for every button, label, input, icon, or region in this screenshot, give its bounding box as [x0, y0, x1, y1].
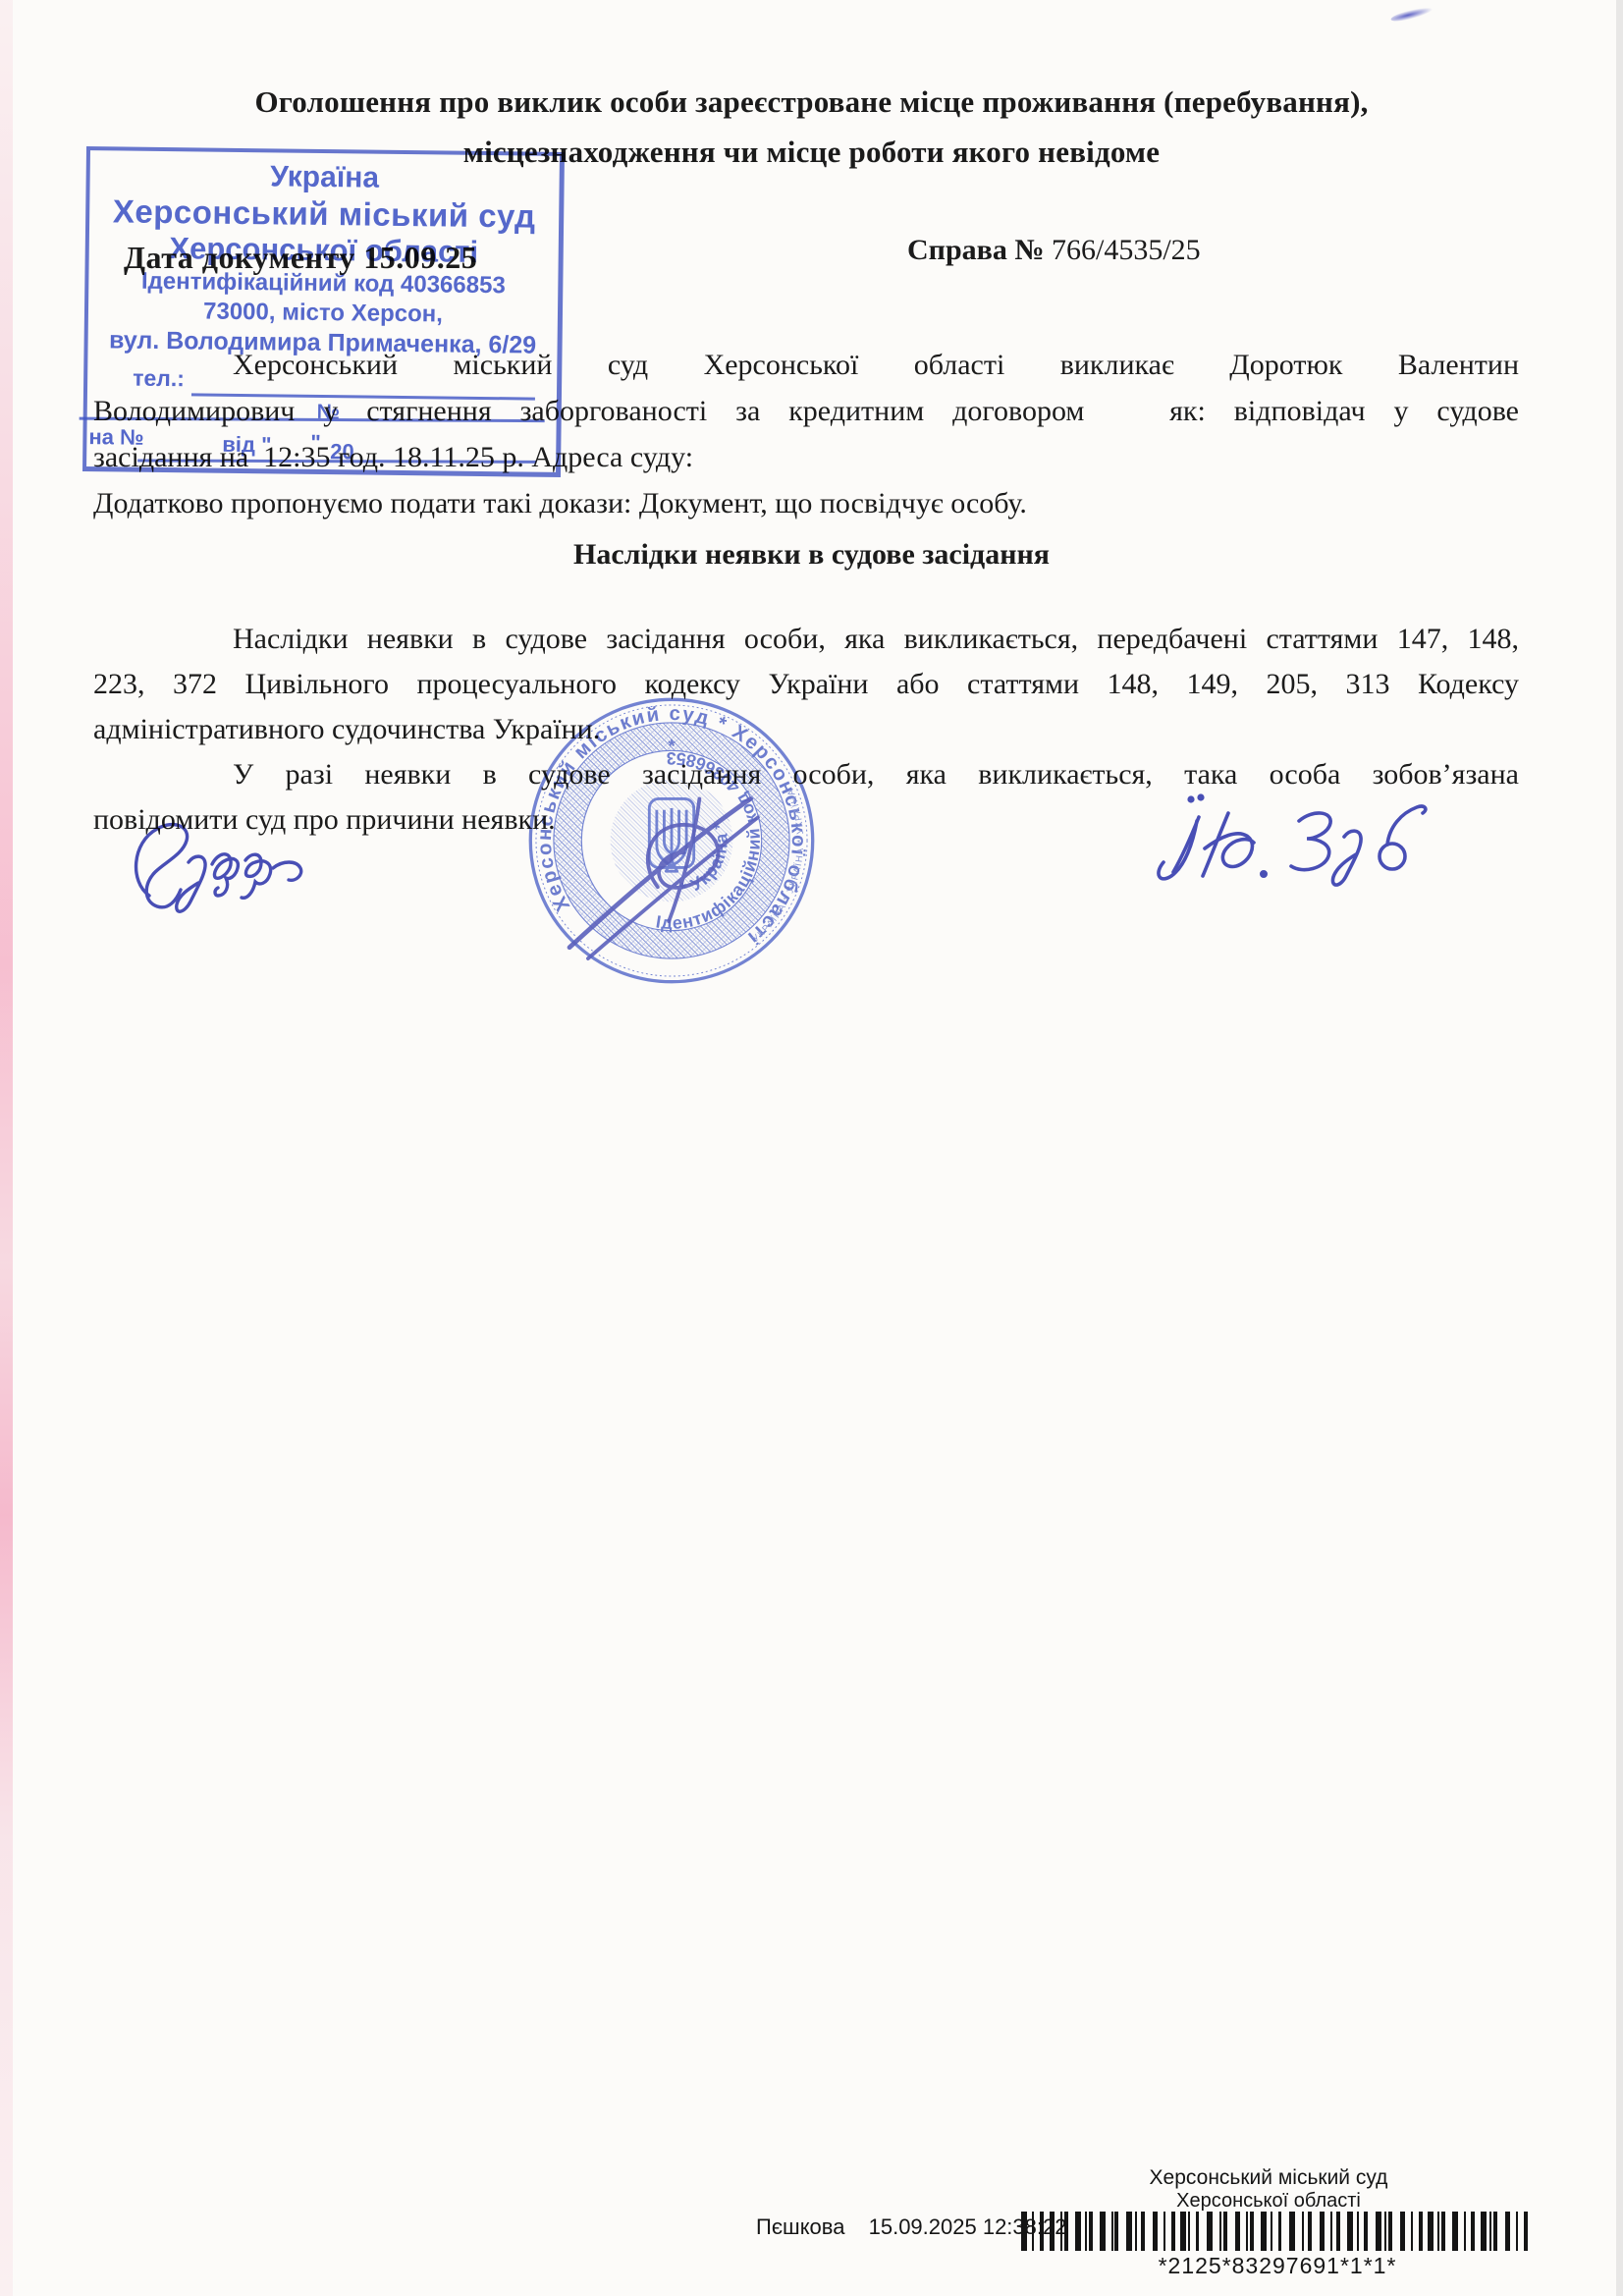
barcode-bar	[1261, 2212, 1267, 2251]
barcode-bar	[1302, 2212, 1304, 2251]
seal-top-star: *	[668, 737, 676, 757]
barcode-readable-text: *2125*83297691*1*1*	[1021, 2253, 1534, 2279]
text-line: засідання на 12:35 год. 18.11.25 р. Адре…	[93, 434, 1519, 480]
barcode-bar	[1388, 2212, 1392, 2251]
text-line: Херсонський міський суд Херсонської обла…	[93, 342, 1519, 388]
scan-edge-artifact-right	[1616, 0, 1623, 2296]
barcode-bar	[1289, 2212, 1295, 2251]
text-line: Наслідки неявки в судове засідання особи…	[93, 617, 1519, 662]
barcode-bar	[1100, 2212, 1106, 2251]
barcode-bar	[1516, 2212, 1518, 2251]
barcode-bar	[1250, 2212, 1254, 2251]
barcode-bar	[1437, 2212, 1439, 2251]
judge-title-signature-script	[116, 813, 327, 931]
barcode-bar	[1505, 2212, 1511, 2251]
barcode-bar	[1114, 2212, 1118, 2251]
barcode-bar	[1464, 2212, 1466, 2251]
case-number: 766/4535/25	[1052, 234, 1201, 266]
barcode-bar	[1493, 2212, 1497, 2251]
barcode-bar	[1452, 2212, 1458, 2251]
barcode-bar	[1085, 2212, 1087, 2251]
judge-name-signature-script	[1134, 784, 1463, 900]
barcode-bar	[1524, 2212, 1528, 2251]
barcode-bar	[1411, 2212, 1413, 2251]
footer-operator-line: Пєшкова 15.09.2025 12:38:22	[756, 2214, 1066, 2240]
barcode-bar	[1441, 2212, 1445, 2251]
barcode-bar	[1278, 2212, 1282, 2251]
barcode-bar	[1163, 2212, 1165, 2251]
barcode-bar	[1223, 2212, 1227, 2251]
barcode-bar	[1075, 2212, 1081, 2251]
barcode-bar	[1060, 2212, 1062, 2251]
barcode	[1021, 2212, 1534, 2251]
text-line: Володимирович у стягнення заборгованості…	[93, 388, 1519, 434]
barcode-bar	[1489, 2212, 1491, 2251]
barcode-bar	[1196, 2212, 1200, 2251]
stamp-city-line: 73000, місто Херсон,	[88, 297, 558, 330]
barcode-bar	[1419, 2212, 1423, 2251]
barcode-bar	[1376, 2212, 1381, 2251]
barcode-bar	[1364, 2212, 1368, 2251]
footer-court-region: Херсонської області	[994, 2190, 1543, 2213]
barcode-bar	[1171, 2212, 1175, 2251]
barcode-bar	[1089, 2212, 1093, 2251]
barcode-bar	[1235, 2212, 1241, 2251]
barcode-bar	[1347, 2212, 1353, 2251]
scan-edge-artifact-left	[0, 0, 13, 2296]
section-heading: Наслідки неявки в судове засідання	[0, 538, 1623, 572]
summons-paragraph: Херсонський міський суд Херсонської обла…	[93, 342, 1519, 526]
case-label: Справа №	[907, 234, 1044, 266]
footer-court-name: Херсонський міський суд	[994, 2166, 1543, 2190]
ink-smudge-top-right	[1390, 5, 1434, 24]
barcode-bar	[1188, 2212, 1190, 2251]
barcode-bar	[1111, 2212, 1113, 2251]
case-number-line: Справа № 766/4535/25	[907, 234, 1201, 267]
barcode-bar	[1471, 2212, 1475, 2251]
barcode-bar	[1246, 2212, 1248, 2251]
barcode-bar	[1308, 2212, 1312, 2251]
barcode-bar	[1384, 2212, 1386, 2251]
barcode-bar	[1428, 2212, 1434, 2251]
footer-operator: Пєшкова	[756, 2214, 844, 2239]
barcode-bar	[1320, 2212, 1325, 2251]
scanned-court-document: Оголошення про виклик особи зареєстрован…	[0, 0, 1623, 2296]
barcode-bar	[1481, 2212, 1487, 2251]
barcode-bar	[1050, 2212, 1055, 2251]
barcode-bar	[1032, 2212, 1034, 2251]
stamp-country: Україна	[89, 158, 559, 197]
barcode-bar	[1021, 2212, 1027, 2251]
barcode-bar	[1040, 2212, 1044, 2251]
barcode-bar	[1207, 2212, 1213, 2251]
court-seal: Херсонський міський суд * Херсонської об…	[518, 687, 825, 994]
barcode-bar	[1336, 2212, 1340, 2251]
stamp-court-name: Херсонський міський суд	[89, 192, 559, 236]
barcode-bar	[1126, 2212, 1132, 2251]
barcode-bar	[1141, 2212, 1145, 2251]
barcode-bar	[1153, 2212, 1159, 2251]
barcode-bar	[1135, 2212, 1137, 2251]
barcode-bar	[1219, 2212, 1221, 2251]
barcode-bar	[1330, 2212, 1332, 2251]
document-date-line: Дата документу 15.09.25	[124, 240, 477, 276]
barcode-bar	[1064, 2212, 1068, 2251]
text-line: Додатково пропонуємо подати такі докази:…	[93, 480, 1519, 526]
barcode-bar	[1400, 2212, 1406, 2251]
barcode-bar	[1357, 2212, 1359, 2251]
barcode-bar	[1271, 2212, 1272, 2251]
barcode-bar	[1180, 2212, 1186, 2251]
document-title-line1: Оголошення про виклик особи зареєстрован…	[118, 77, 1505, 127]
